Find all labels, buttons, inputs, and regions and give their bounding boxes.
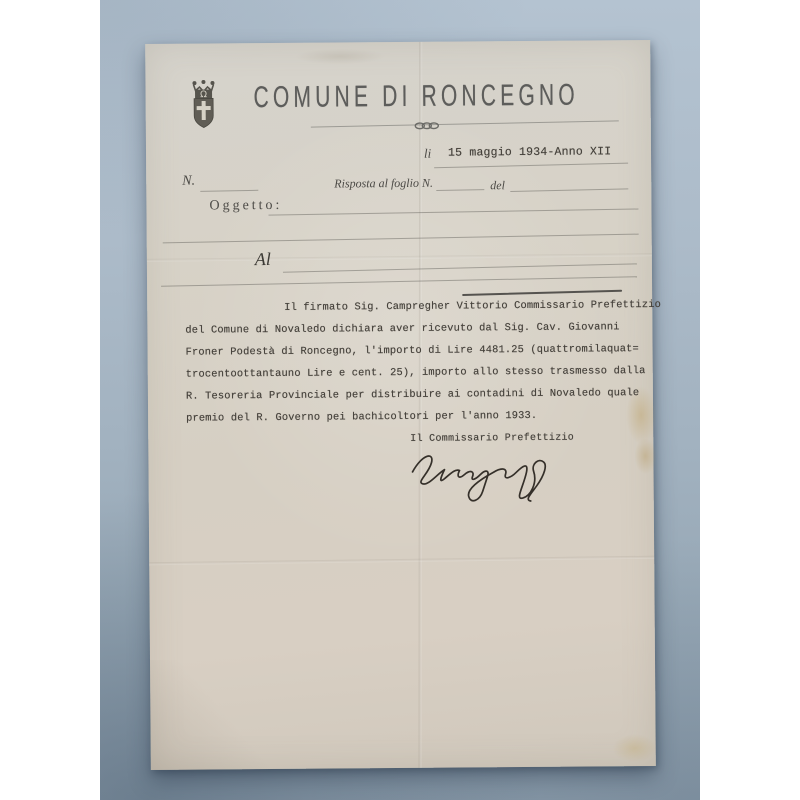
subject-label: Oggetto: (209, 198, 282, 215)
pen-stroke-line (462, 290, 622, 296)
horizontal-fold-crease-lower (149, 556, 654, 566)
ruled-line (161, 276, 637, 287)
letterhead-title: COMUNE DI RONCEGNO (253, 79, 579, 116)
reply-to-sheet-label: Risposta al foglio N. (334, 176, 433, 192)
ruled-line (269, 209, 639, 216)
letterbox-left (0, 0, 100, 800)
paper-stain (295, 48, 385, 65)
number-label: N. (182, 174, 195, 190)
horizontal-fold-crease-upper (147, 253, 652, 262)
addressee-label: Al (255, 249, 271, 270)
letterbox-right (700, 0, 800, 800)
body-line: premio del R. Governo pei bachicoltori p… (186, 409, 646, 435)
typed-paragraph: Il firmato Sig. Campregher Vittorio Comm… (185, 299, 646, 435)
of-label: del (490, 178, 505, 193)
corner-shading (150, 659, 281, 770)
ruled-line (434, 163, 628, 169)
coat-of-arms-icon: Ω (189, 79, 217, 129)
document-photo: Ω COMUNE DI RONCEGNO li 15 maggio 1934-A… (100, 0, 700, 800)
ruled-line (510, 188, 628, 192)
chain-flourish-icon (414, 118, 444, 128)
paper-stain (634, 438, 656, 474)
ruled-line (163, 234, 639, 244)
typed-date: 15 maggio 1934-Anno XII (448, 145, 611, 159)
ruled-line (436, 189, 484, 191)
paper-stain (613, 734, 657, 762)
closing-title: Il Commissario Prefettizio (410, 433, 574, 445)
letterhead-rule (311, 120, 619, 127)
letter-paper: Ω COMUNE DI RONCEGNO li 15 maggio 1934-A… (145, 40, 656, 770)
ruled-line (283, 263, 637, 272)
handwritten-signature (404, 445, 565, 512)
ruled-line (200, 190, 258, 192)
date-prefix-label: li (424, 146, 431, 162)
